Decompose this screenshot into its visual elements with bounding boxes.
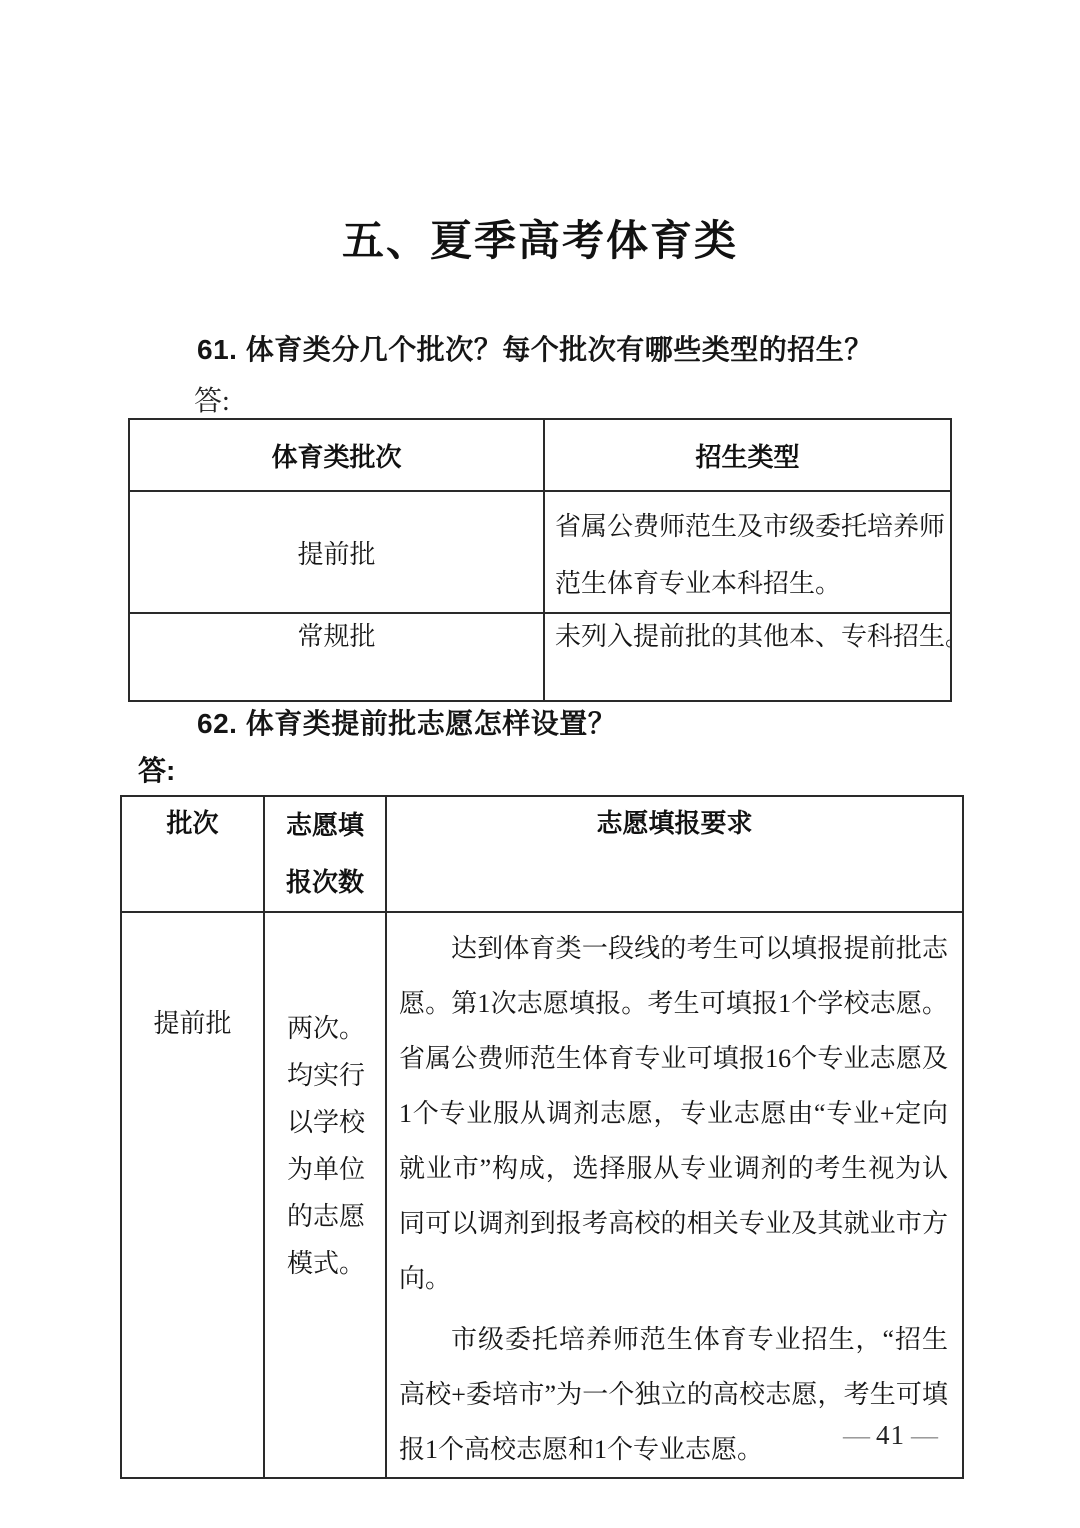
- batch-type-table-header-row: 体育类批次 招生类型: [129, 419, 951, 491]
- cell-enrollment-type: 未列入提前批的其他本、专科招生。: [544, 613, 951, 701]
- header-fill-times: 志愿填报次数: [264, 796, 386, 912]
- table-row-regular-batch: 常规批 未列入提前批的其他本、专科招生。: [129, 613, 951, 701]
- cell-batch-name: 常规批: [129, 613, 544, 701]
- cell-fill-requirements: 达到体育类一段线的考生可以填报提前批志愿。第1次志愿填报。考生可填报1个学校志愿…: [386, 912, 963, 1478]
- page-number-right-dash: —: [911, 1420, 938, 1451]
- requirements-paragraph-2: 市级委托培养师范生体育专业招生，“招生高校+委培市”为一个独立的高校志愿，考生可…: [399, 1312, 948, 1477]
- table-row-advance-batch: 提前批 省属公费师范生及市级委托培养师范生体育专业本科招生。: [129, 491, 951, 613]
- page-number-value: 41: [876, 1420, 905, 1451]
- cell-fill-times: 两次。均实行以学校为单位的志愿模式。: [264, 912, 386, 1478]
- requirements-paragraph-1: 达到体育类一段线的考生可以填报提前批志愿。第1次志愿填报。考生可填报1个学校志愿…: [399, 921, 948, 1306]
- cell-batch-name: 提前批: [129, 491, 544, 613]
- cell-batch-name: 提前批: [121, 912, 264, 1478]
- table-row-advance-batch-detail: 提前批 两次。均实行以学校为单位的志愿模式。 达到体育类一段线的考生可以填报提前…: [121, 912, 963, 1478]
- volunteer-table-header-row: 批次 志愿填报次数 志愿填报要求: [121, 796, 963, 912]
- batch-type-table: 体育类批次 招生类型 提前批 省属公费师范生及市级委托培养师范生体育专业本科招生…: [128, 418, 952, 702]
- question-61: 61. 体育类分几个批次？每个批次有哪些类型的招生？: [197, 328, 873, 368]
- header-batch: 批次: [121, 796, 264, 912]
- question-62: 62. 体育类提前批志愿怎样设置？: [197, 702, 616, 742]
- page-number-left-dash: —: [843, 1420, 870, 1451]
- volunteer-setting-table: 批次 志愿填报次数 志愿填报要求 提前批 两次。均实行以学校为单位的志愿模式。 …: [120, 795, 964, 1479]
- page-title: 五、夏季高考体育类: [0, 208, 1080, 268]
- header-enrollment-type: 招生类型: [544, 419, 951, 491]
- answer-label-62: 答:: [138, 749, 175, 789]
- cell-enrollment-type: 省属公费师范生及市级委托培养师范生体育专业本科招生。: [544, 491, 951, 613]
- page-number: — 41 —: [843, 1420, 938, 1451]
- answer-label-61: 答:: [194, 379, 230, 419]
- header-sports-batch: 体育类批次: [129, 419, 544, 491]
- header-fill-requirements: 志愿填报要求: [386, 796, 963, 912]
